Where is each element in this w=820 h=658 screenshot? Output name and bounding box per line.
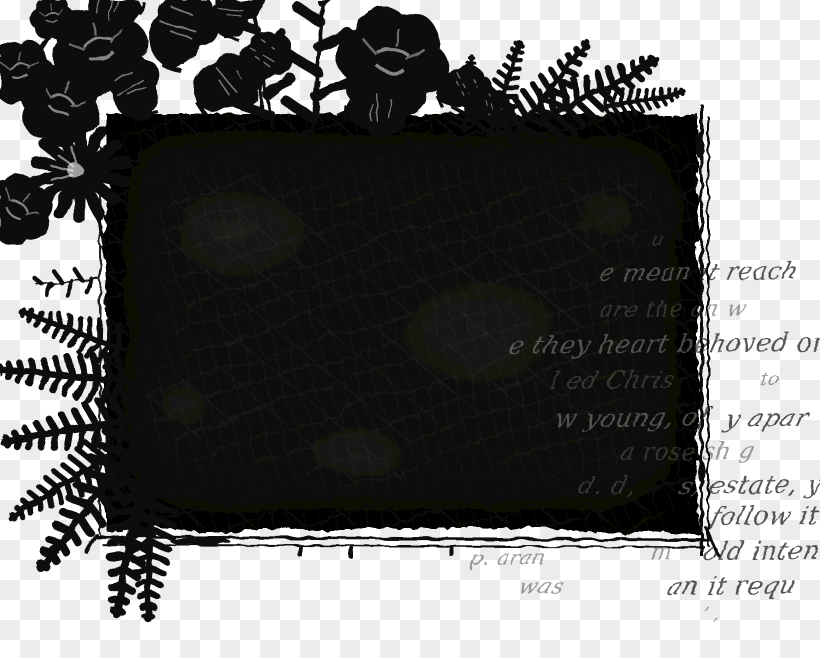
sketch-border-line-right-inner xyxy=(707,116,709,546)
handwriting-fragment: g xyxy=(737,439,758,464)
sketch-border-line-right-outer xyxy=(700,104,703,556)
handwriting-fragment: an it requ xyxy=(664,571,800,601)
handwriting-fragment: to xyxy=(758,369,782,390)
handwriting-fragment: follow it a xyxy=(708,501,820,531)
canvas: ue mean it reachare the an we they heart… xyxy=(0,0,820,658)
handwriting-fragment: old inten xyxy=(700,536,820,566)
sketch-border-line-left xyxy=(99,146,101,538)
handwriting-fragment: ’ , xyxy=(700,604,724,625)
handwriting-fragment: m xyxy=(648,540,675,565)
handwriting-fragment: y apar xyxy=(722,403,812,433)
grunge-frame xyxy=(106,114,698,530)
handwriting-fragment: was xyxy=(516,575,567,600)
handwriting-fragment: p. aran xyxy=(468,545,549,570)
